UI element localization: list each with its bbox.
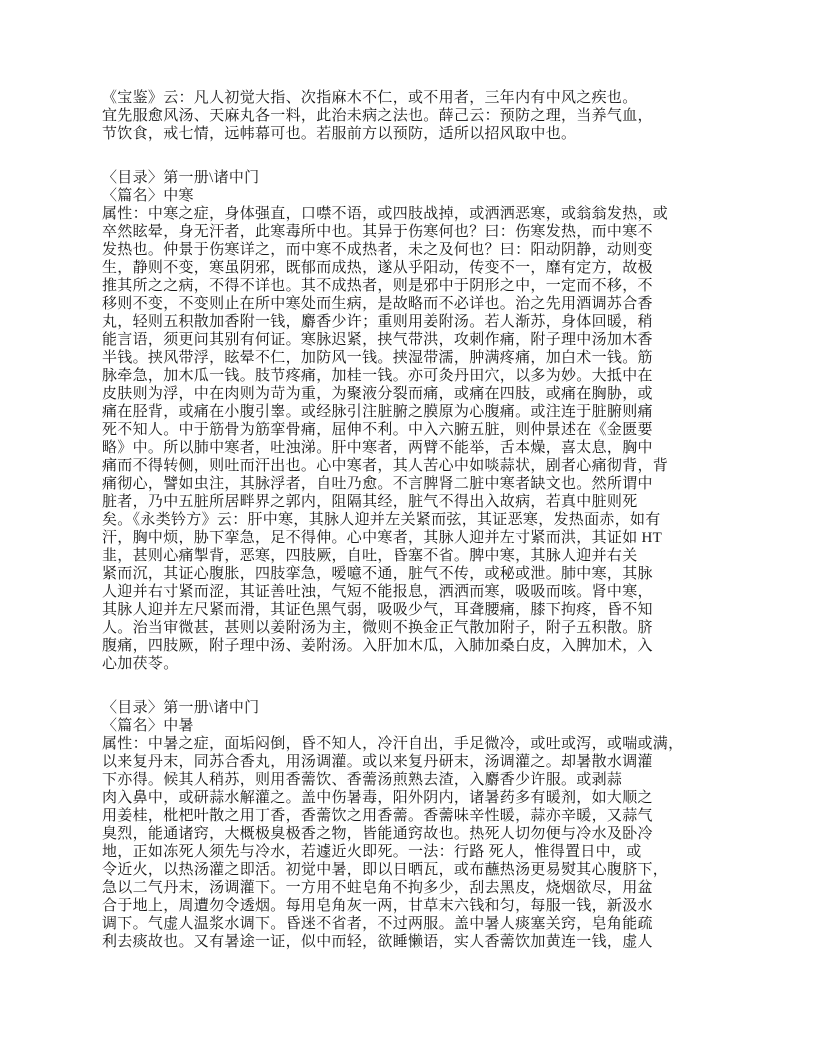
catalog-line: 〈目录〉第一册\诸中门 [102,699,728,717]
section-body-text: 属性：中寒之症，身体强直，口噤不语，或四肢战掉，或洒洒恶寒，或翁翁发热，或 卒然… [102,205,728,673]
catalog-line: 〈目录〉第一册\诸中门 [102,169,728,187]
intro-paragraph-text: 《宝鉴》云：凡人初觉大指、次指麻木不仁，或不用者，三年内有中风之疾也。 宜先服愈… [102,89,728,143]
piece-title-line: 〈篇名〉中寒 [102,187,728,205]
section-zhonghan: 〈目录〉第一册\诸中门 〈篇名〉中寒 属性：中寒之症，身体强直，口噤不语，或四肢… [102,169,728,673]
intro-paragraph: 《宝鉴》云：凡人初觉大指、次指麻木不仁，或不用者，三年内有中风之疾也。 宜先服愈… [102,89,728,143]
section-zhongshu: 〈目录〉第一册\诸中门 〈篇名〉中暑 属性：中暑之症，面垢闷倒，昏不知人，冷汗自… [102,699,728,951]
document-page: 《宝鉴》云：凡人初觉大指、次指麻木不仁，或不用者，三年内有中风之疾也。 宜先服愈… [0,0,816,1056]
section-body-text: 属性：中暑之症，面垢闷倒，昏不知人，冷汗自出，手足微冷，或吐或泻，或喘或满， 以… [102,735,728,951]
piece-title-line: 〈篇名〉中暑 [102,717,728,735]
